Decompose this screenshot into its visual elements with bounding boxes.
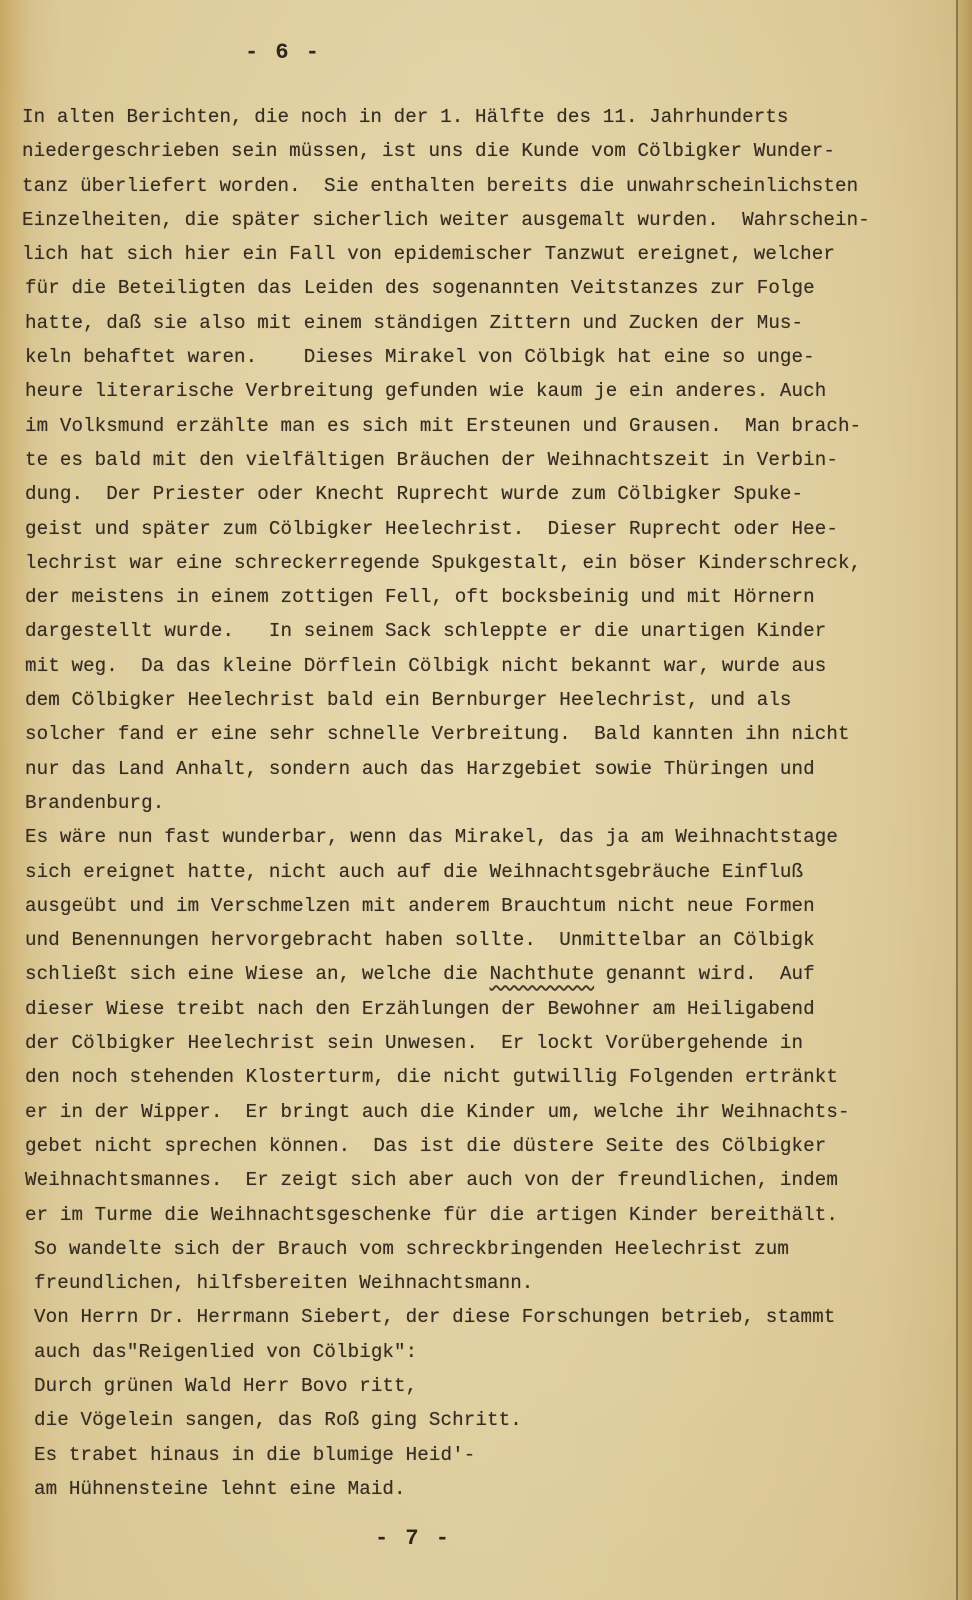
text-line: er in der Wipper. Er bringt auch die Kin… [22,1095,922,1129]
poem-line: die Vögelein sangen, das Roß ging Schrit… [22,1403,922,1437]
page-edge [958,0,972,1600]
page-number-bottom: - 7 - [375,1526,451,1551]
text-line: gebet nicht sprechen können. Das ist die… [22,1129,922,1163]
text-line: der Cölbigker Heelechrist sein Unwesen. … [22,1026,922,1060]
text-line: niedergeschrieben sein müssen, ist uns d… [22,134,922,168]
text-line: nur das Land Anhalt, sondern auch das Ha… [22,752,922,786]
text-line: im Volksmund erzählte man es sich mit Er… [22,409,922,443]
text-line: dung. Der Priester oder Knecht Ruprecht … [22,477,922,511]
text-line-underlined: schließt sich eine Wiese an, welche die … [22,957,922,991]
text-line: In alten Berichten, die noch in der 1. H… [22,100,922,134]
body-text: In alten Berichten, die noch in der 1. H… [22,100,922,1506]
text-line: mit weg. Da das kleine Dörflein Cölbigk … [22,649,922,683]
text-segment: genannt wird. Auf [594,963,815,985]
text-line: der meistens in einem zottigen Fell, oft… [22,580,922,614]
text-line: Weihnachtsmannes. Er zeigt sich aber auc… [22,1163,922,1197]
text-segment: schließt sich eine Wiese an, welche die [25,963,490,985]
text-line: te es bald mit den vielfältigen Bräuchen… [22,443,922,477]
text-line: geist und später zum Cölbigker Heelechri… [22,512,922,546]
text-line: sich ereignet hatte, nicht auch auf die … [22,855,922,889]
text-line: den noch stehenden Klosterturm, die nich… [22,1060,922,1094]
text-line: Brandenburg. [22,786,922,820]
text-line: und Benennungen hervorgebracht haben sol… [22,923,922,957]
poem-line: Es trabet hinaus in die blumige Heid'- [22,1438,922,1472]
text-line: ausgeübt und im Verschmelzen mit anderem… [22,889,922,923]
text-line: auch das"Reigenlied von Cölbigk": [22,1335,922,1369]
text-line: lechrist war eine schreckerregende Spukg… [22,546,922,580]
text-line: er im Turme die Weihnachtsgeschenke für … [22,1198,922,1232]
text-line: keln behaftet waren. Dieses Mirakel von … [22,340,922,374]
text-line: dargestellt wurde. In seinem Sack schlep… [22,614,922,648]
text-line: So wandelte sich der Brauch vom schreckb… [22,1232,922,1266]
text-line: für die Beteiligten das Leiden des sogen… [22,271,922,305]
text-line: Einzelheiten, die später sicherlich weit… [22,203,922,237]
document-page: - 6 - In alten Berichten, die noch in de… [0,0,972,1600]
text-line: Von Herrn Dr. Herrmann Siebert, der dies… [22,1300,922,1334]
poem-line: am Hühnensteine lehnt eine Maid. [22,1472,922,1506]
text-line: Es wäre nun fast wunderbar, wenn das Mir… [22,820,922,854]
underlined-word: Nachthute [490,963,595,985]
text-line: solcher fand er eine sehr schnelle Verbr… [22,717,922,751]
text-line: dem Cölbigker Heelechrist bald ein Bernb… [22,683,922,717]
text-line: freundlichen, hilfsbereiten Weihnachtsma… [22,1266,922,1300]
text-line: lich hat sich hier ein Fall von epidemis… [22,237,922,271]
text-line: dieser Wiese treibt nach den Erzählungen… [22,992,922,1026]
poem-line: Durch grünen Wald Herr Bovo ritt, [22,1369,922,1403]
text-line: tanz überliefert worden. Sie enthalten b… [22,169,922,203]
page-number-top: - 6 - [245,40,321,65]
text-line: hatte, daß sie also mit einem ständigen … [22,306,922,340]
text-line: heure literarische Verbreitung gefunden … [22,374,922,408]
